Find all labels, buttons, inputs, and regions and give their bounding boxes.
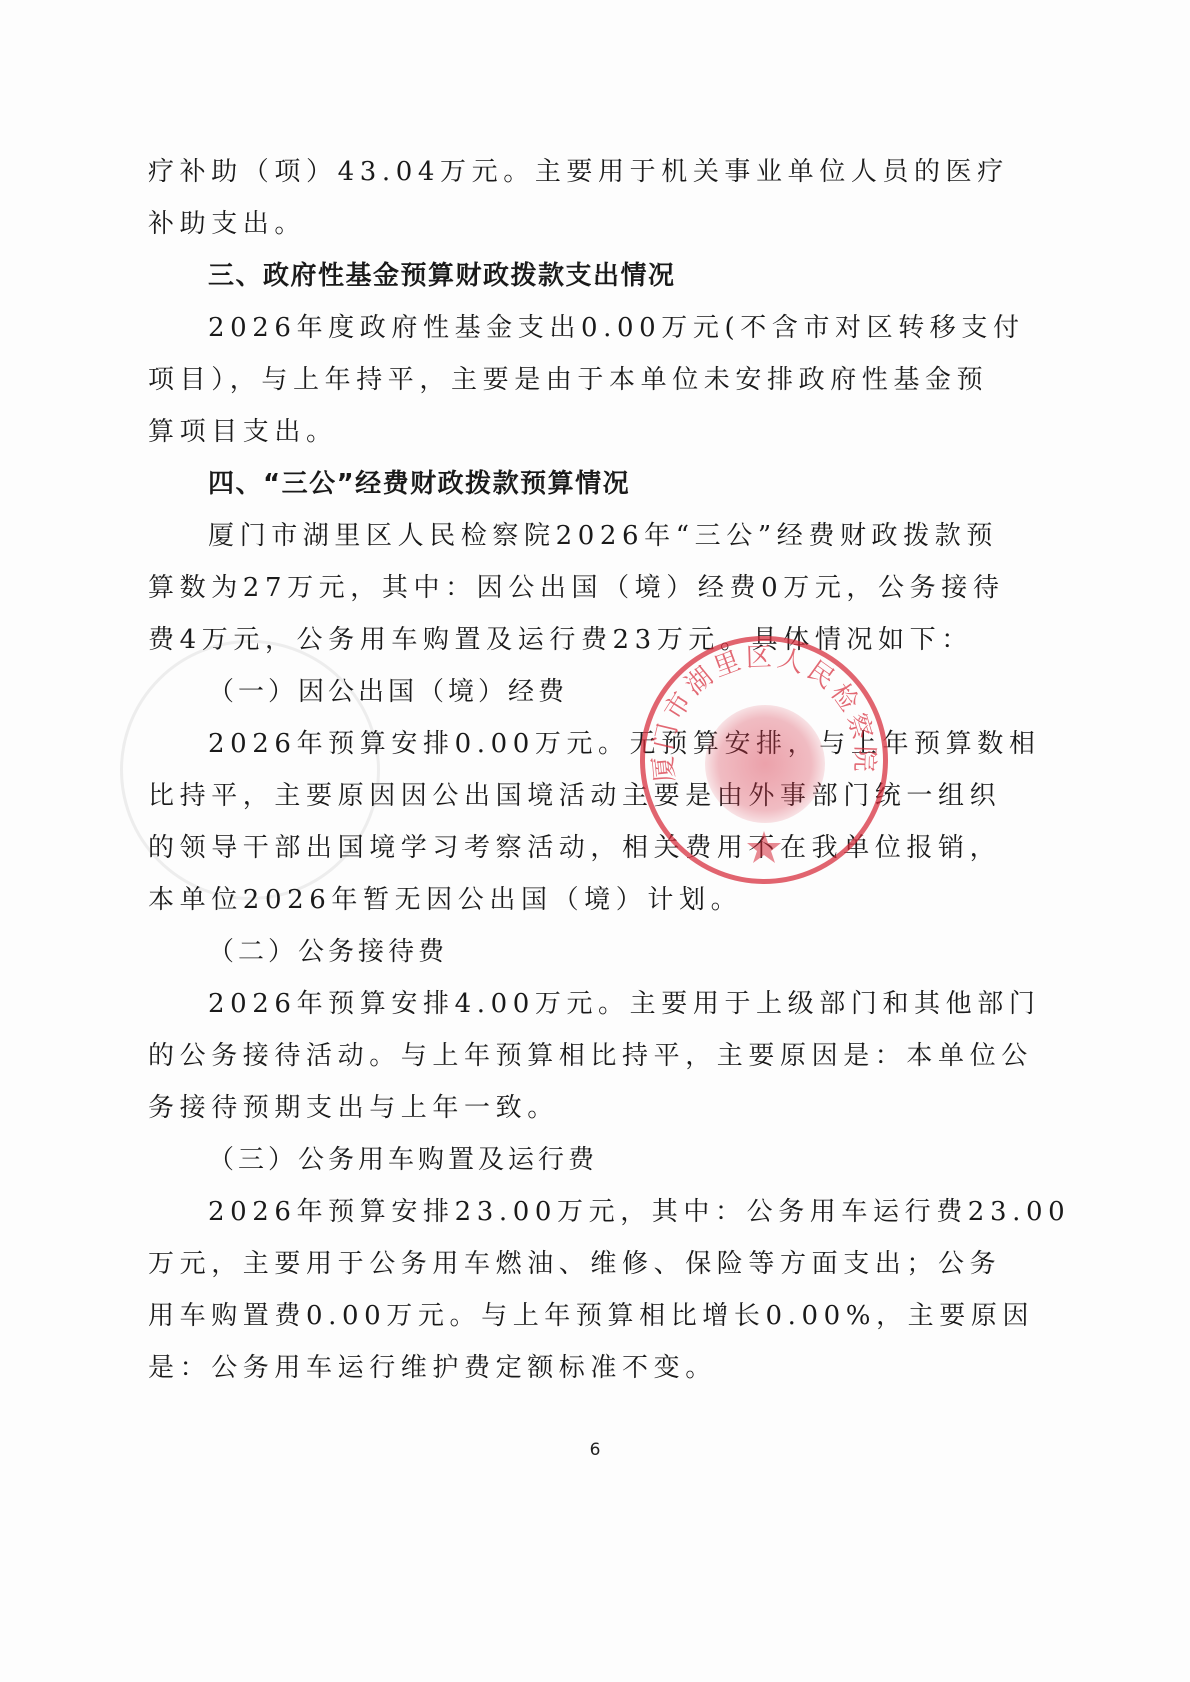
body-line: 用车购置费0.00万元。与上年预算相比增长0.00%，主要原因 [148, 1296, 968, 1336]
body-line: 的公务接待活动。与上年预算相比持平，主要原因是：本单位公 [148, 1036, 968, 1076]
section-heading-4: 四、“三公”经费财政拨款预算情况 [208, 464, 968, 504]
body-line: 本单位2026年暂无因公出国（境）计划。 [148, 880, 968, 920]
subsection-heading-1: （一）因公出国（境）经费 [208, 672, 968, 712]
page-number: 6 [0, 1440, 1190, 1460]
body-line: 项目），与上年持平，主要是由于本单位未安排政府性基金预 [148, 360, 968, 400]
body-line: 比持平，主要原因因公出国境活动主要是由外事部门统一组织 [148, 776, 968, 816]
body-line: 补助支出。 [148, 204, 968, 244]
subsection-heading-2: （二）公务接待费 [208, 932, 968, 972]
body-line: 算项目支出。 [148, 412, 968, 452]
body-line: 万元，主要用于公务用车燃油、维修、保险等方面支出；公务 [148, 1244, 968, 1284]
body-line: 2026年度政府性基金支出0.00万元(不含市对区转移支付 [208, 308, 968, 348]
body-line: 厦门市湖里区人民检察院2026年“三公”经费财政拨款预 [208, 516, 968, 556]
body-line: 疗补助（项）43.04万元。主要用于机关事业单位人员的医疗 [148, 152, 968, 192]
body-line: 的领导干部出国境学习考察活动，相关费用不在我单位报销， [148, 828, 968, 868]
body-line: 费4万元，公务用车购置及运行费23万元。具体情况如下： [148, 620, 968, 660]
body-line: 务接待预期支出与上年一致。 [148, 1088, 968, 1128]
body-line: 2026年预算安排0.00万元。无预算安排，与上年预算数相 [208, 724, 968, 764]
body-line: 2026年预算安排23.00万元，其中：公务用车运行费23.00 [208, 1192, 968, 1232]
body-line: 算数为27万元，其中：因公出国（境）经费0万元，公务接待 [148, 568, 968, 608]
document-page: 疗补助（项）43.04万元。主要用于机关事业单位人员的医疗 补助支出。 三、政府… [0, 0, 1190, 1682]
body-line: 2026年预算安排4.00万元。主要用于上级部门和其他部门 [208, 984, 968, 1024]
body-line: 是：公务用车运行维护费定额标准不变。 [148, 1348, 968, 1388]
section-heading-3: 三、政府性基金预算财政拨款支出情况 [208, 256, 968, 296]
subsection-heading-3: （三）公务用车购置及运行费 [208, 1140, 968, 1180]
